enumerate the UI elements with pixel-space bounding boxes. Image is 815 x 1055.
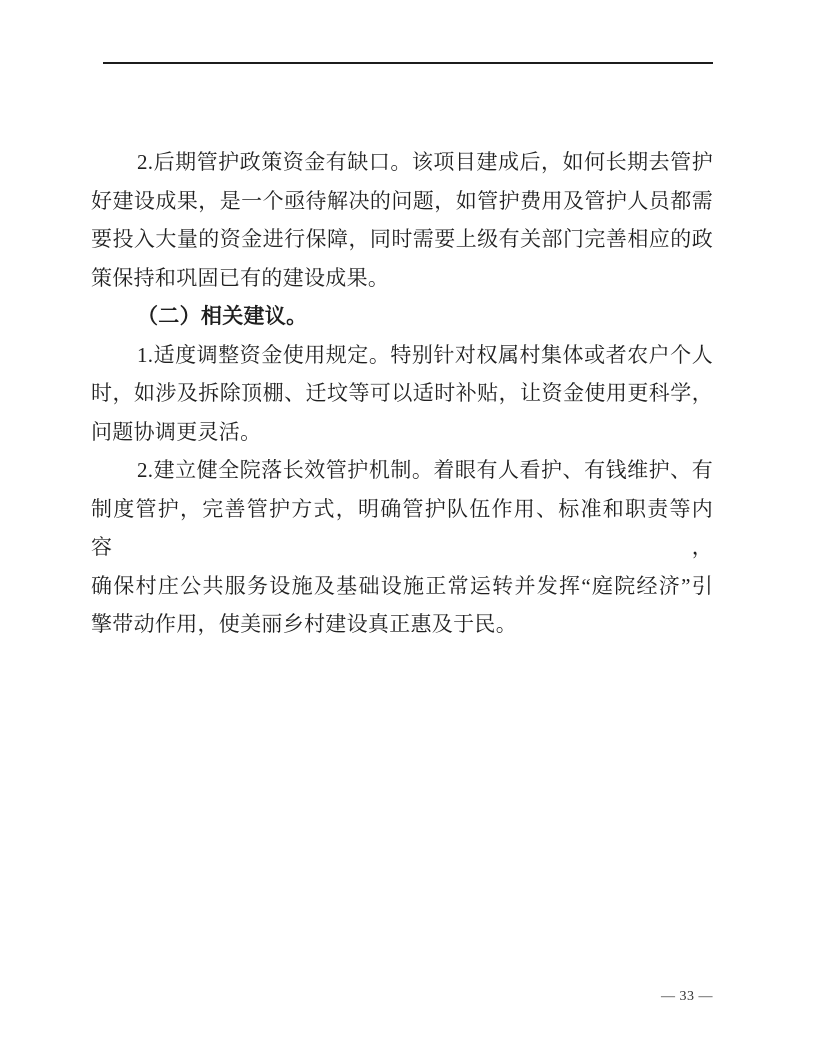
paragraph-line: 确保村庄公共服务设施及基础设施正常运转并发挥“庭院经济”引 bbox=[91, 567, 713, 606]
paragraph-line: 要投入大量的资金进行保障，同时需要上级有关部门完善相应的政 bbox=[91, 220, 713, 259]
paragraph-line: 制度管护，完善管护方式，明确管护队伍作用、标准和职责等内容， bbox=[91, 490, 713, 567]
section-heading: （二）相关建议。 bbox=[91, 297, 713, 336]
paragraph-line: 好建设成果，是一个亟待解决的问题，如管护费用及管护人员都需 bbox=[91, 182, 713, 221]
paragraph-line: 问题协调更灵活。 bbox=[91, 413, 713, 452]
header-separator-rule bbox=[103, 62, 713, 64]
page-number: — 33 — bbox=[661, 988, 713, 1006]
document-body: 2.后期管护政策资金有缺口。该项目建成后，如何长期去管护 好建设成果，是一个亟待… bbox=[91, 143, 713, 644]
paragraph-line: 2.建立健全院落长效管护机制。着眼有人看护、有钱维护、有 bbox=[91, 451, 713, 490]
paragraph-line: 1.适度调整资金使用规定。特别针对权属村集体或者农户个人 bbox=[91, 336, 713, 375]
paragraph-line: 策保持和巩固已有的建设成果。 bbox=[91, 259, 713, 298]
document-page: 2.后期管护政策资金有缺口。该项目建成后，如何长期去管护 好建设成果，是一个亟待… bbox=[0, 0, 815, 1055]
paragraph-line: 擎带动作用，使美丽乡村建设真正惠及于民。 bbox=[91, 605, 713, 644]
paragraph-line: 时，如涉及拆除顶棚、迁坟等可以适时补贴，让资金使用更科学， bbox=[91, 374, 713, 413]
paragraph-line: 2.后期管护政策资金有缺口。该项目建成后，如何长期去管护 bbox=[91, 143, 713, 182]
